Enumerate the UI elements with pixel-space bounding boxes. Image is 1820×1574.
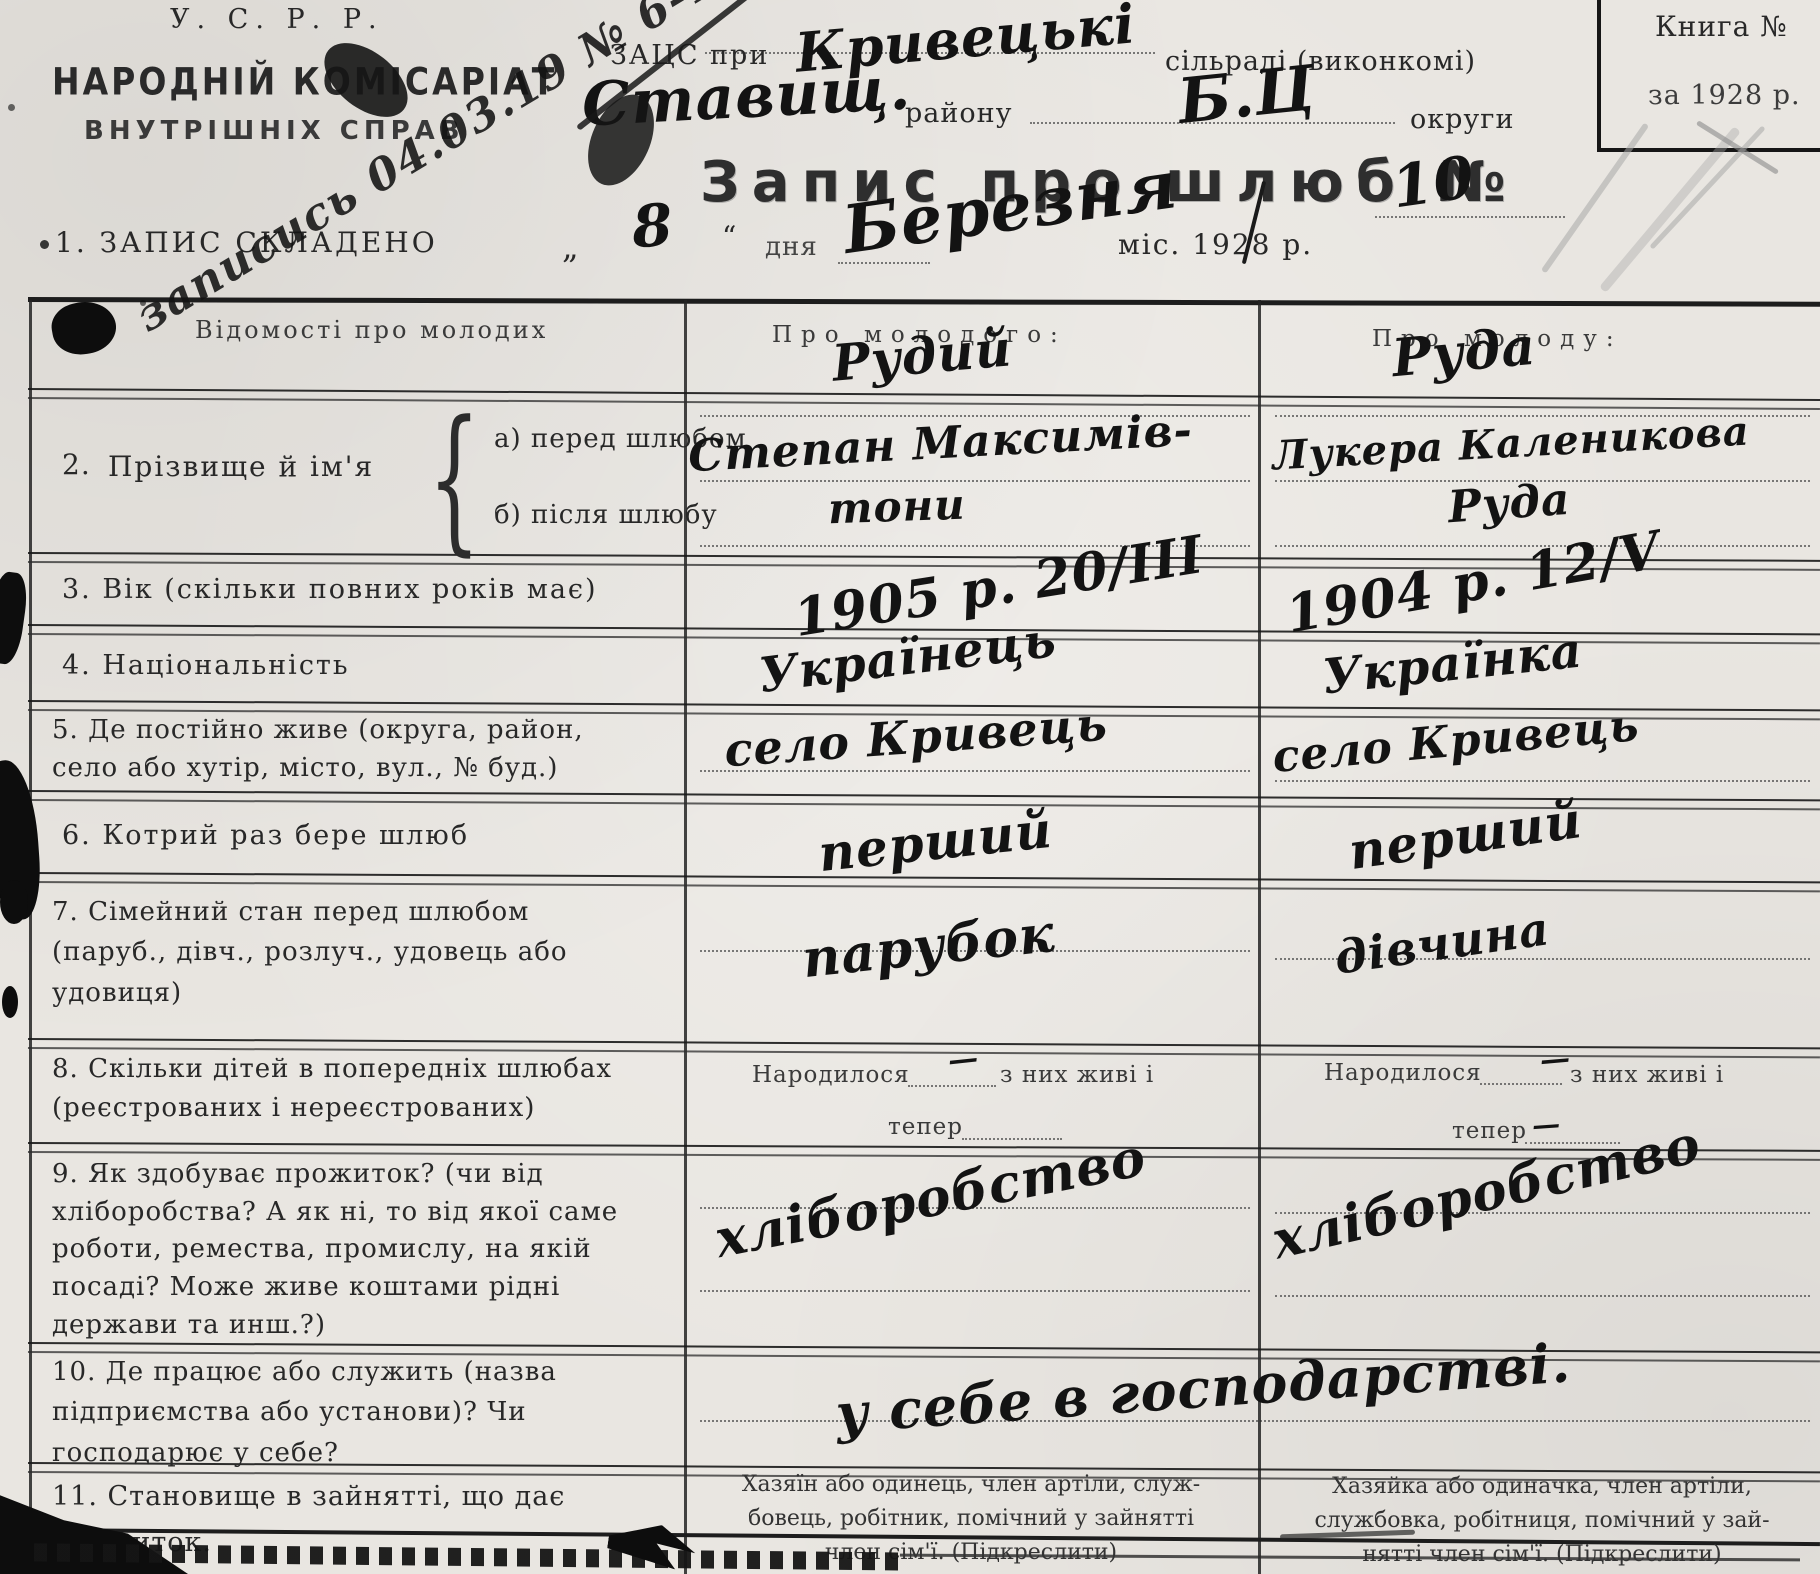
row11-bride-line1: Хазяйка або одиначка, член артіли, [1272,1470,1812,1504]
rayon-label: району [905,98,1013,129]
line1-open-quote: „ [562,228,580,266]
row8-label: 8. Скільки дітей в попередніх шлюбах (ре… [52,1050,652,1128]
ink-blot-left-edge [0,880,28,924]
line1-day-word: дня [765,232,818,262]
column-divider-1 [684,300,687,1574]
book-box-line2: за 1928 р. [1648,80,1801,111]
row3-bride-value: 1904 р. 12/V [1282,520,1666,646]
row8-bride-dotted [1480,1083,1562,1085]
row6-label: 6. Котрий раз бере шлюб [62,820,469,851]
row-separator [28,388,1820,410]
row8-groom-alive-label: з них живі і [1000,1062,1154,1088]
republic-abbreviation: У. С. Р. Р. [170,4,384,35]
row2-groom-writeline [700,480,1250,482]
row11-bride-options: Хазяйка або одиначка, член артіли, служб… [1272,1470,1812,1572]
row11-groom-line1: Хазяїн або одинець, член артіли, служ- [696,1468,1246,1502]
speck [8,104,15,111]
row2-bride-line1: Руда [1390,316,1539,389]
row2-bride-line2: Лукера Каленикова [1271,408,1751,480]
row2-brace: { [428,388,481,571]
row7-label: 7. Сімейний стан перед шлюбом (паруб., д… [52,892,642,1013]
row7-bride-value: дівчина [1331,901,1553,985]
row2-label: Прізвище й ім'я [108,450,374,483]
row8-bride-now-label: тепер [1452,1118,1527,1144]
row11-bride-line3: нятті член сім'ї. (Підкреслити) [1272,1538,1812,1572]
ink-blot-left-edge [0,570,30,666]
row9-groom-writeline [700,1290,1250,1292]
line1-year: міс. 1928 р. [1118,228,1313,261]
column-header-details: Відомості про молодих [195,316,548,344]
ink-blot-left-edge [2,986,18,1018]
speck [40,240,49,249]
row8-groom-born-label: Народилося [752,1062,910,1088]
okruga-value-handwritten: Б.Ц [1175,51,1319,138]
row3-label: 3. Вік (скільки повних років має) [62,574,598,605]
row2-number: 2. [62,448,91,481]
row5-bride-writeline [1275,780,1810,782]
row8-groom-dash: — [946,1040,980,1078]
row8-bride-dash: — [1539,1041,1573,1079]
row10-label: 10. Де працює або служить (назва підприє… [52,1352,637,1473]
row8-bride-born-label: Народилося [1324,1060,1482,1086]
book-box-line1: Книга № [1655,10,1788,43]
record-number-handwritten: 10 [1388,143,1479,222]
row4-label: 4. Національність [62,650,350,681]
row8-groom-dotted [908,1085,996,1087]
row8-groom-dotted [962,1138,1062,1140]
row6-groom-value: перший [816,800,1056,883]
row9-bride-writeline [1275,1295,1810,1297]
speck [140,300,146,306]
row2-sub-b: б) після шлюбу [494,500,718,530]
row2-groom-line3: тони [827,480,966,534]
row5-label: 5. Де постійно живе (округа, район, село… [52,712,642,787]
ink-blot-header [48,297,120,359]
line1-close-quote: “ [722,220,737,253]
row8-bride-alive-label: з них живі і [1570,1062,1724,1088]
line1-day-handwritten: 8 [630,191,676,262]
okruga-label: округи [1410,104,1514,135]
row2-bride-line3: Руда [1446,474,1572,533]
table-top-border [28,297,1820,307]
row9-label: 9. Як здобуває прожиток? (чи від хліборо… [52,1156,647,1344]
marriage-record-document: У. С. Р. Р. НАРОДНІЙ КОМІСАРІАТ ВНУТРІШН… [0,0,1820,1574]
row8-bride-dash2: — [1531,1107,1562,1142]
row-separator [28,872,1820,892]
row11-groom-line2: бовець, робітник, помічний у зайнятті [696,1502,1246,1536]
row8-groom-now-label: тепер [888,1114,963,1140]
row7-groom-value: парубок [800,903,1058,990]
